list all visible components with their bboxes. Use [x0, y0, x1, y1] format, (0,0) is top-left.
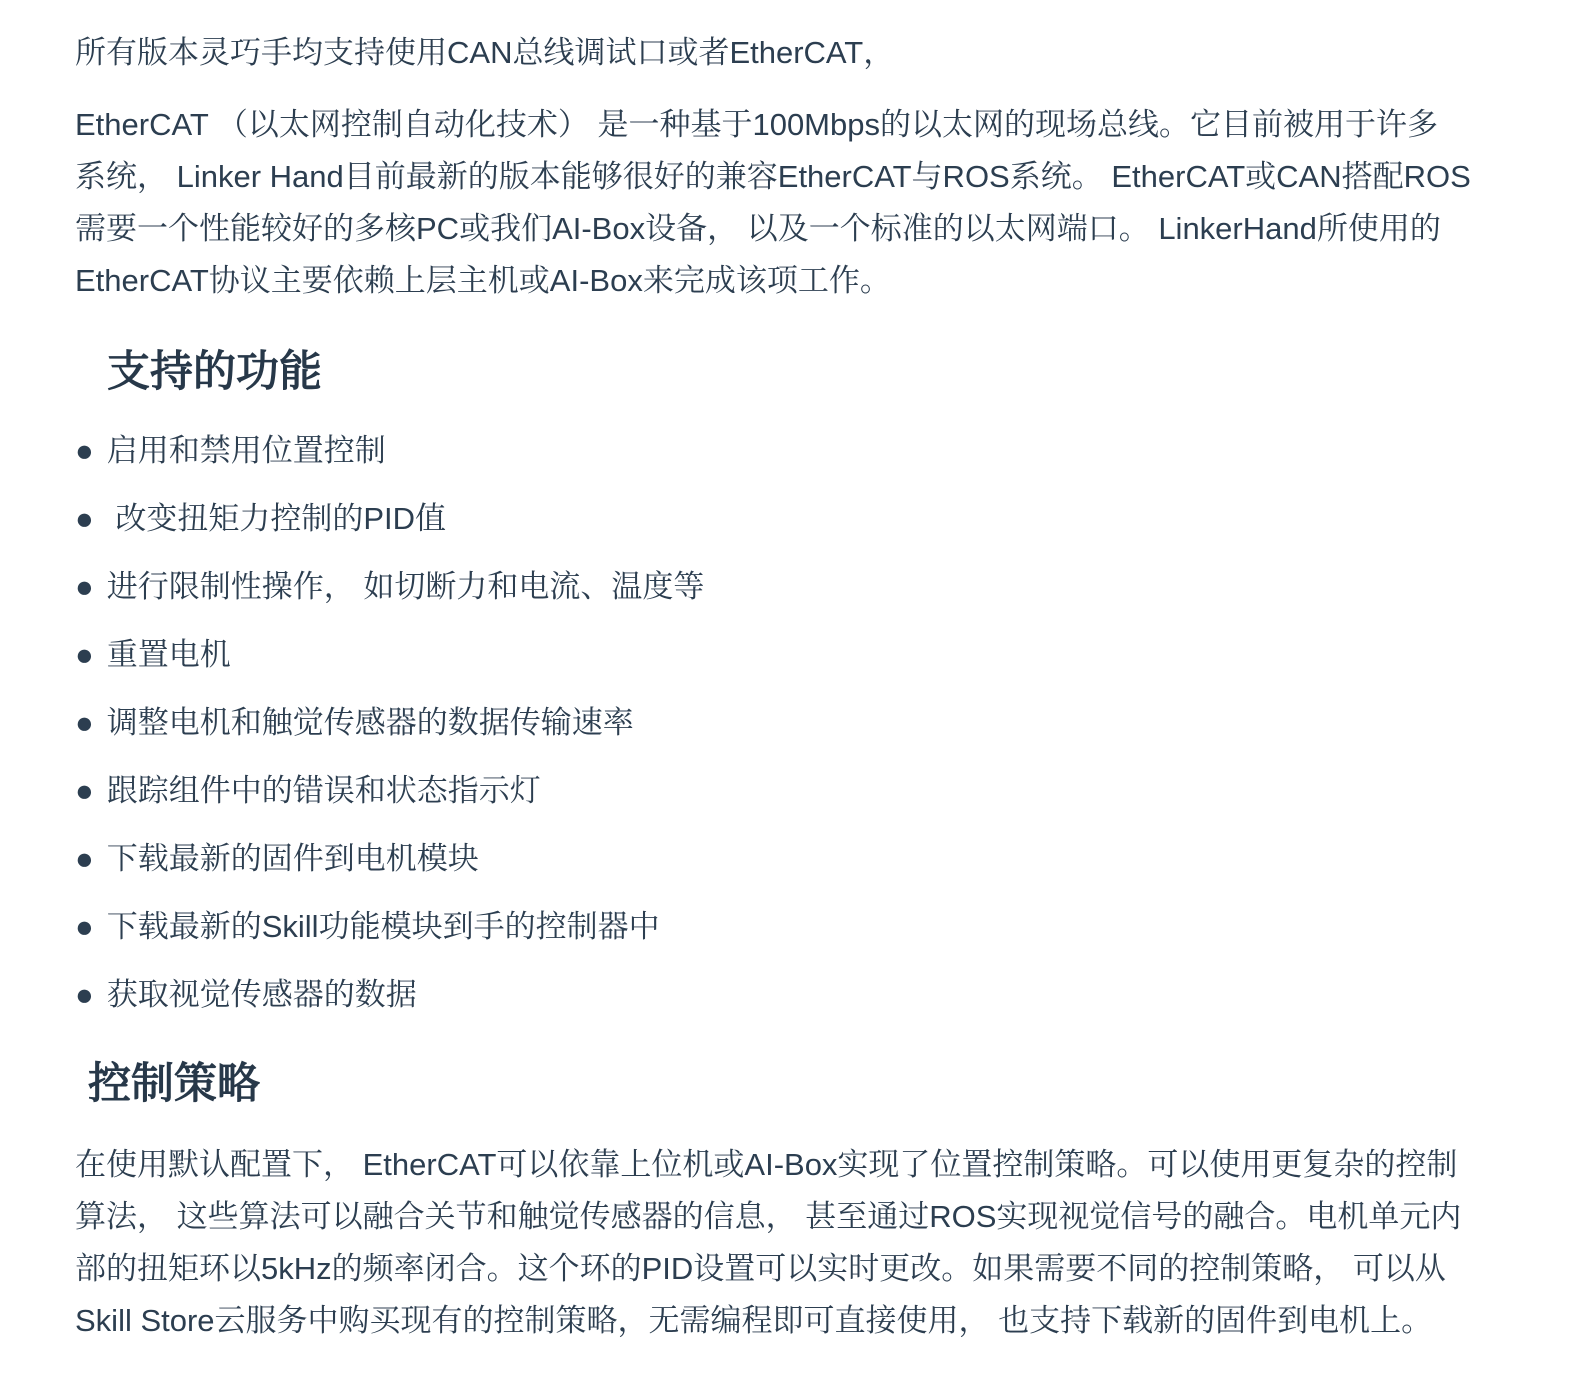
- list-item-text: 调整电机和触觉传感器的数据传输速率: [107, 705, 634, 740]
- bullet-icon: ●: [75, 697, 94, 749]
- list-item: ● 改变扭矩力控制的PID值: [75, 493, 1582, 545]
- control-strategy-heading: 控制策略: [88, 1059, 1582, 1109]
- text-line: 算法， 这些算法可以融合关节和触觉传感器的信息， 甚至通过ROS实现视觉信号的融…: [75, 1191, 1582, 1243]
- list-item: ●启用和禁用位置控制: [75, 425, 1582, 477]
- text-line: Skill Store云服务中购买现有的控制策略，无需编程即可直接使用， 也支持…: [75, 1295, 1582, 1347]
- bullet-icon: ●: [75, 833, 94, 885]
- paragraph-ethercat-description: EtherCAT （以太网控制自动化技术） 是一种基于100Mbps的以太网的现…: [75, 99, 1582, 307]
- list-item-text: 下载最新的Skill功能模块到手的控制器中: [107, 909, 660, 944]
- list-item-text: 跟踪组件中的错误和状态指示灯: [107, 773, 541, 808]
- text-line: 系统， Linker Hand目前最新的版本能够很好的兼容EtherCAT与RO…: [75, 151, 1582, 203]
- bullet-icon: ●: [75, 969, 94, 1021]
- bullet-icon: ●: [75, 493, 94, 545]
- text-line: 所有版本灵巧手均支持使用CAN总线调试口或者EtherCAT，: [75, 27, 1582, 79]
- text-line: EtherCAT （以太网控制自动化技术） 是一种基于100Mbps的以太网的现…: [75, 99, 1582, 151]
- bullet-icon: ●: [75, 561, 94, 613]
- list-item: ●调整电机和触觉传感器的数据传输速率: [75, 697, 1582, 749]
- list-item-text: 重置电机: [107, 637, 231, 672]
- bullet-icon: ●: [75, 901, 94, 953]
- text-line: 部的扭矩环以5kHz的频率闭合。这个环的PID设置可以实时更改。如果需要不同的控…: [75, 1243, 1582, 1295]
- list-item-text: 进行限制性操作， 如切断力和电流、温度等: [107, 569, 705, 604]
- features-list: ●启用和禁用位置控制 ● 改变扭矩力控制的PID值 ●进行限制性操作， 如切断力…: [75, 425, 1582, 1021]
- paragraph-can-ethercat: 所有版本灵巧手均支持使用CAN总线调试口或者EtherCAT，: [75, 27, 1582, 79]
- list-item: ●下载最新的Skill功能模块到手的控制器中: [75, 901, 1582, 953]
- bullet-icon: ●: [75, 629, 94, 681]
- features-heading: 支持的功能: [107, 347, 1582, 397]
- list-item-text: 启用和禁用位置控制: [107, 433, 386, 468]
- list-item: ●进行限制性操作， 如切断力和电流、温度等: [75, 561, 1582, 613]
- list-item: ●重置电机: [75, 629, 1582, 681]
- list-item: ●跟踪组件中的错误和状态指示灯: [75, 765, 1582, 817]
- bullet-icon: ●: [75, 425, 94, 477]
- text-line: EtherCAT协议主要依赖上层主机或AI-Box来完成该项工作。: [75, 255, 1582, 307]
- text-line: 需要一个性能较好的多核PC或我们AI-Box设备， 以及一个标准的以太网端口。 …: [75, 203, 1582, 255]
- list-item: ●获取视觉传感器的数据: [75, 969, 1582, 1021]
- list-item: ●下载最新的固件到电机模块: [75, 833, 1582, 885]
- list-item-text: 改变扭矩力控制的PID值: [107, 501, 446, 536]
- list-item-text: 下载最新的固件到电机模块: [107, 841, 479, 876]
- text-line: 在使用默认配置下， EtherCAT可以依靠上位机或AI-Box实现了位置控制策…: [75, 1139, 1582, 1191]
- list-item-text: 获取视觉传感器的数据: [107, 977, 417, 1012]
- paragraph-control-strategy: 在使用默认配置下， EtherCAT可以依靠上位机或AI-Box实现了位置控制策…: [75, 1139, 1582, 1347]
- document-content: 所有版本灵巧手均支持使用CAN总线调试口或者EtherCAT， EtherCAT…: [0, 0, 1582, 1347]
- bullet-icon: ●: [75, 765, 94, 817]
